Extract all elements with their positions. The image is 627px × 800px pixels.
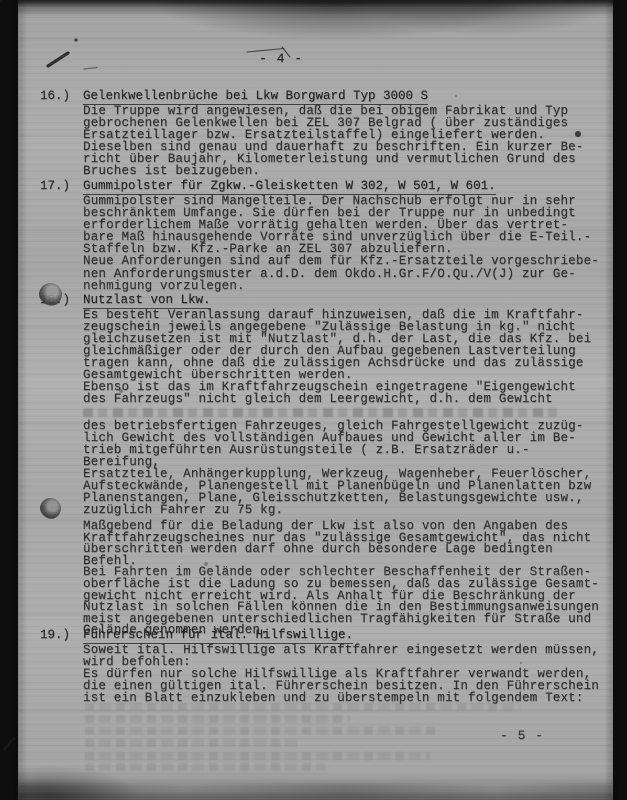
page-number-footer: - 5 - xyxy=(500,728,544,743)
order-item-19: 19.) Führerschein für ital. Hilfswillige… xyxy=(40,629,600,704)
item-number: 17.) xyxy=(40,180,83,292)
order-item-17: 17.) Gummipolster für Zgkw.-Gleisketten … xyxy=(40,180,600,292)
item-paragraph: Maßgebend für die Beladung der Lkw ist a… xyxy=(83,521,600,637)
item-number: 18.) xyxy=(40,294,83,637)
scanned-document-page: - 4 - 16.) Gelenkwellenbrüche bei Lkw Bo… xyxy=(0,0,627,800)
item-heading: Nutzlast von Lkw. xyxy=(83,294,600,307)
item-paragraph: Soweit ital. Hilfswillige als Kraftfahre… xyxy=(83,644,600,704)
item-heading: Gummipolster für Zgkw.-Gleisketten W 302… xyxy=(83,180,600,193)
punch-hole xyxy=(39,283,62,306)
item-number: 19.) xyxy=(40,629,83,704)
page-number-header: - 4 - xyxy=(259,51,303,66)
item-paragraph: des betriebsfertigen Fahrzeuges, gleich … xyxy=(83,420,600,516)
item-paragraph: Es besteht Veranlassung darauf hinzuweis… xyxy=(83,309,600,405)
scan-smudge xyxy=(18,783,613,800)
order-item-16: 16.) Gelenkwellenbrüche bei Lkw Borgward… xyxy=(40,90,600,178)
order-item-18: 18.) Nutzlast von Lkw. Es besteht Veranl… xyxy=(40,294,600,637)
item-number: 16.) xyxy=(40,90,83,178)
item-paragraph: Die Truppe wird angewiesen, daß die bei … xyxy=(83,105,600,178)
pen-slash-bottom-left xyxy=(4,738,14,750)
item-paragraph: Gummipolster sind Mangelteile. Der Nachs… xyxy=(83,195,600,292)
item-heading: Gelenkwellenbrüche bei Lkw Borgward Typ … xyxy=(83,90,600,103)
item-heading: Führerschein für ital. Hilfswillige. xyxy=(83,629,600,642)
punch-hole xyxy=(40,498,61,519)
illegible-faded-text-line xyxy=(83,408,561,417)
scan-specks xyxy=(0,0,2,2)
